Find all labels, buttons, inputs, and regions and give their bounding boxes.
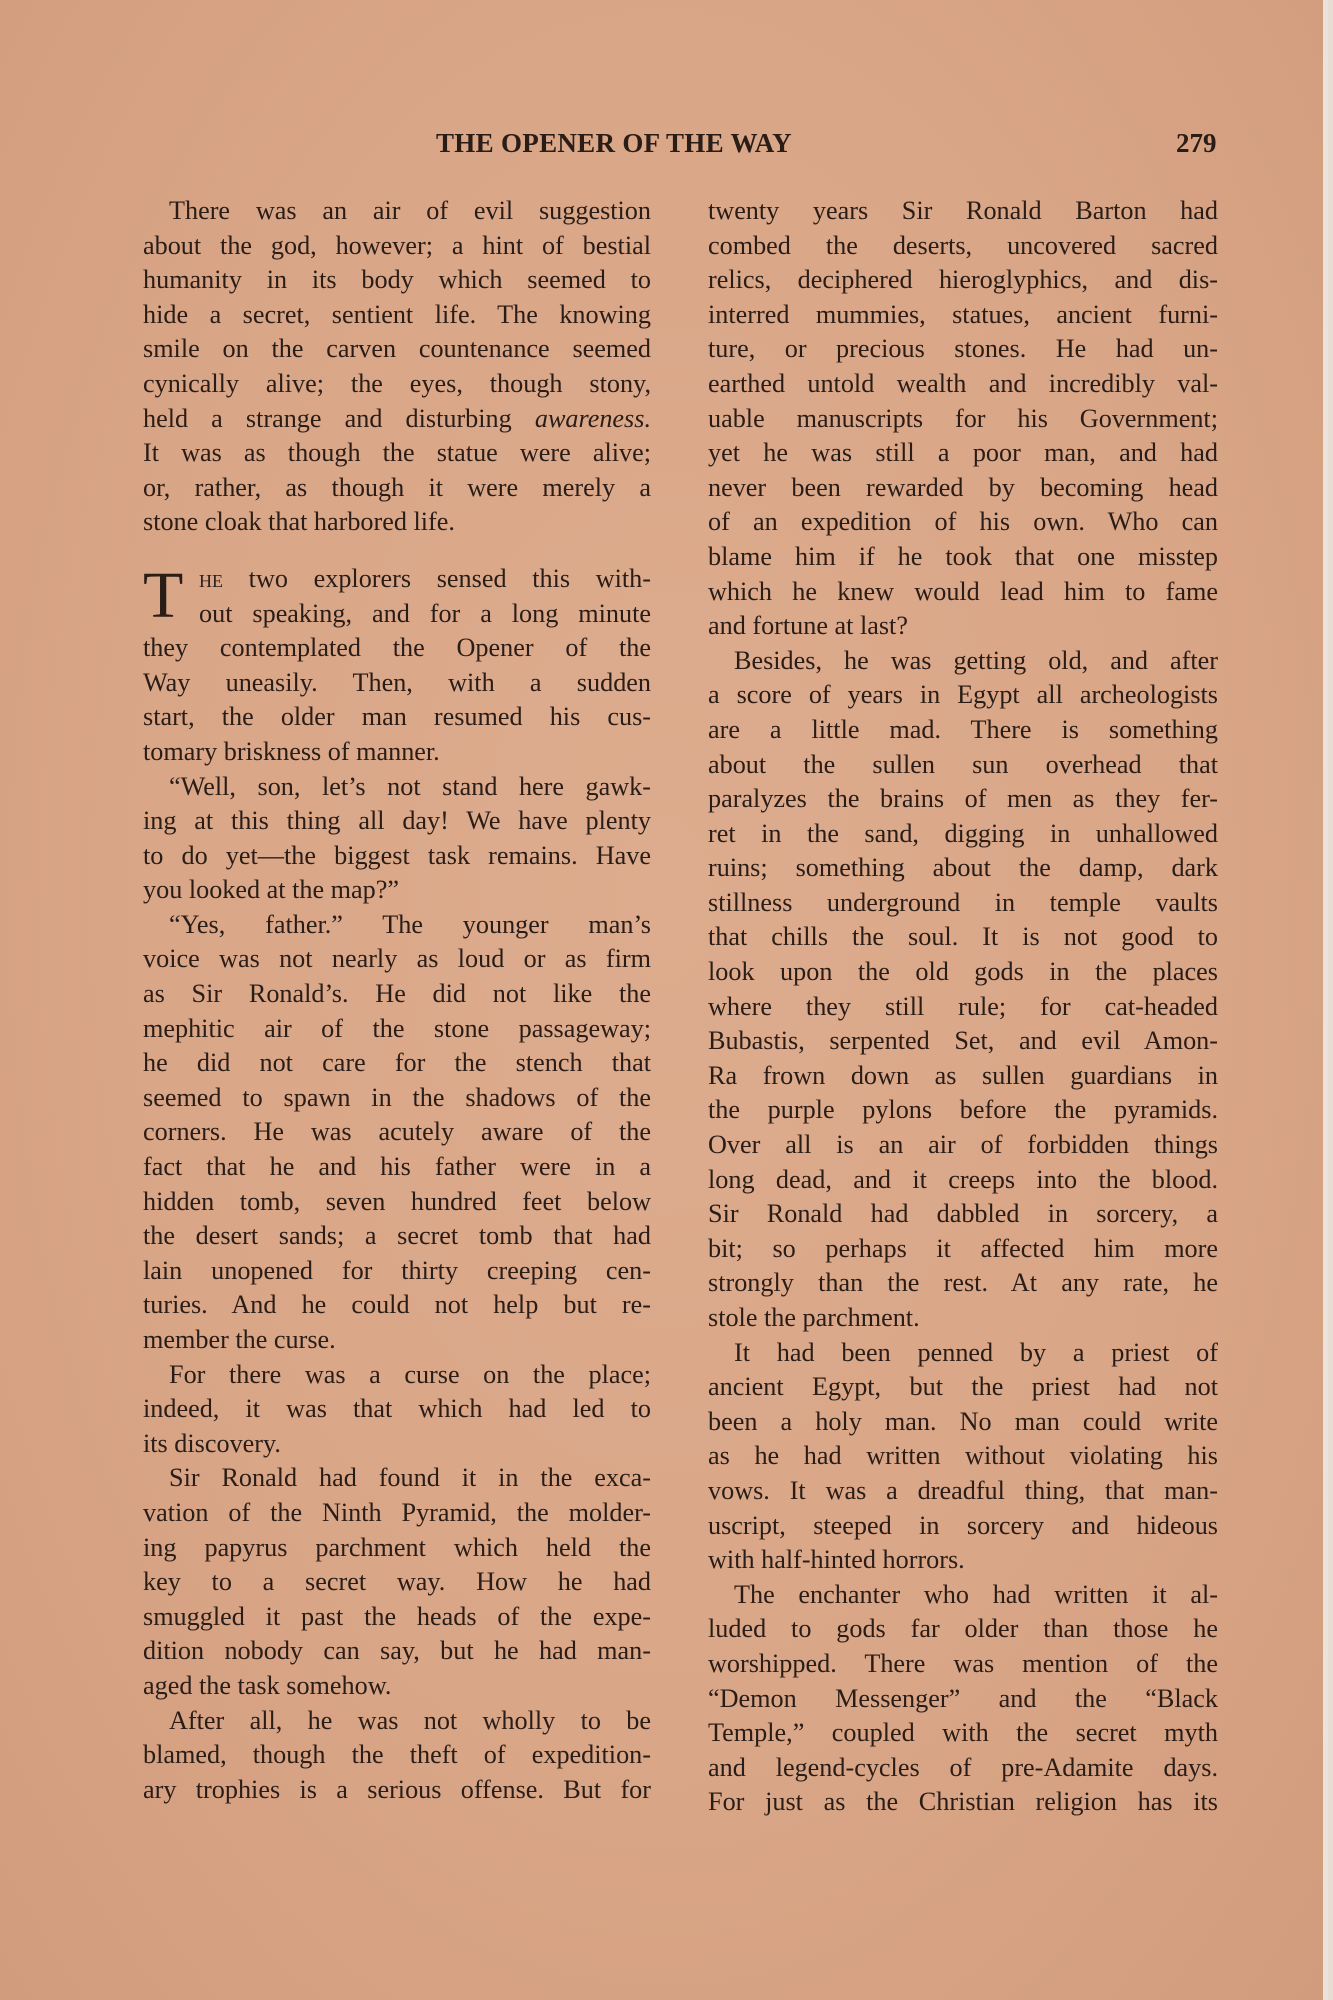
paragraph: After all, he was not wholly to be blame… (143, 1704, 651, 1808)
paragraph: Besides, he was getting old, and after a… (708, 644, 1218, 1336)
text-line: It had been penned by a priest of (708, 1336, 1218, 1371)
text-line: Way uneasily. Then, with a sudden (143, 666, 651, 701)
text-line: uscript, steeped in sorcery and hideous (708, 1509, 1218, 1544)
text-line: After all, he was not wholly to be (143, 1704, 651, 1739)
text-line: indeed, it was that which had led to (143, 1392, 651, 1427)
text-line: held a strange and disturbing awareness. (143, 402, 651, 437)
text-line: Sir Ronald had dabbled in sorcery, a (708, 1197, 1218, 1232)
paragraph: “Yes, father.” The younger man’s voice w… (143, 908, 651, 1358)
small-caps-word: he (199, 564, 223, 593)
running-head-title: THE OPENER OF THE WAY (436, 128, 792, 159)
text-line: turies. And he could not help but re- (143, 1288, 651, 1323)
paragraph: The two explorers sensed this with- out … (143, 562, 651, 770)
text-line: dition nobody can say, but he had man- (143, 1634, 651, 1669)
page-edge (1323, 0, 1328, 2000)
paragraph: “Well, son, let’s not stand here gawk- i… (143, 770, 651, 908)
text-line: its discovery. (143, 1427, 651, 1462)
text-line: never been rewarded by becoming head (708, 471, 1218, 506)
text-line: twenty years Sir Ronald Barton had (708, 194, 1218, 229)
text-line: about the god, however; a hint of bestia… (143, 229, 651, 264)
text-line: been a holy man. No man could write (708, 1405, 1218, 1440)
text-line: ruins; something about the damp, dark (708, 851, 1218, 886)
section-break (143, 540, 651, 562)
text-line: “Yes, father.” The younger man’s (143, 908, 651, 943)
text-line: hidden tomb, seven hundred feet below (143, 1185, 651, 1220)
text-line: long dead, and it creeps into the blood. (708, 1163, 1218, 1198)
right-column: twenty years Sir Ronald Barton had combe… (708, 194, 1218, 1820)
text-line: voice was not nearly as loud or as firm (143, 942, 651, 977)
text-line: stone cloak that harbored life. (143, 505, 651, 540)
text-line: as Sir Ronald’s. He did not like the (143, 977, 651, 1012)
text-line: he did not care for the stench that (143, 1046, 651, 1081)
text-line: and legend-cycles of pre-Adamite days. (708, 1751, 1218, 1786)
paragraph: Sir Ronald had found it in the exca- vat… (143, 1461, 651, 1703)
text-line: where they still rule; for cat-headed (708, 990, 1218, 1025)
text-line: stillness underground in temple vaults (708, 886, 1218, 921)
text-line: that chills the soul. It is not good to (708, 920, 1218, 955)
text-line: aged the task somehow. (143, 1669, 651, 1704)
text-line: mephitic air of the stone passageway; (143, 1012, 651, 1047)
text-line: bit; so perhaps it affected him more (708, 1232, 1218, 1267)
text-line: tomary briskness of manner. (143, 735, 651, 770)
text-line: blamed, though the theft of expedition- (143, 1738, 651, 1773)
text-line: fact that he and his father were in a (143, 1150, 651, 1185)
text-line: which he knew would lead him to fame (708, 575, 1218, 610)
text-line: member the curse. (143, 1323, 651, 1358)
text-line: ture, or precious stones. He had un- (708, 332, 1218, 367)
left-column: There was an air of evil suggestion abou… (143, 194, 651, 1807)
text-line: Besides, he was getting old, and after (708, 644, 1218, 679)
paragraph: The enchanter who had written it al- lud… (708, 1578, 1218, 1820)
text-line: the purple pylons before the pyramids. (708, 1093, 1218, 1128)
text-line: Ra frown down as sullen guardians in (708, 1059, 1218, 1094)
text-line: relics, deciphered hieroglyphics, and di… (708, 263, 1218, 298)
text-line: “Well, son, let’s not stand here gawk- (143, 770, 651, 805)
text-line: vows. It was a dreadful thing, that man- (708, 1474, 1218, 1509)
paragraph: twenty years Sir Ronald Barton had combe… (708, 194, 1218, 644)
text-line: look upon the old gods in the places (708, 955, 1218, 990)
text-line: you looked at the map?” (143, 873, 651, 908)
text-line: key to a secret way. How he had (143, 1565, 651, 1600)
text-line: The enchanter who had written it al- (708, 1578, 1218, 1613)
text-line: a score of years in Egypt all archeologi… (708, 678, 1218, 713)
text-line: they contemplated the Opener of the (143, 631, 651, 666)
paragraph: For there was a curse on the place; inde… (143, 1358, 651, 1462)
text-line: smile on the carven countenance seemed (143, 332, 651, 367)
text-line: humanity in its body which seemed to (143, 263, 651, 298)
text-line: out speaking, and for a long minute (143, 597, 651, 632)
text-line: ary trophies is a serious offense. But f… (143, 1773, 651, 1808)
text-line: Sir Ronald had found it in the exca- (143, 1461, 651, 1496)
text-line: strongly than the rest. At any rate, he (708, 1266, 1218, 1301)
text-line: Temple,” coupled with the secret myth (708, 1716, 1218, 1751)
text-line: the desert sands; a secret tomb that had (143, 1219, 651, 1254)
text-line: uable manuscripts for his Government; (708, 402, 1218, 437)
text-line: ing papyrus parchment which held the (143, 1531, 651, 1566)
text-line: There was an air of evil suggestion (143, 194, 651, 229)
text-line: yet he was still a poor man, and had (708, 436, 1218, 471)
text-line: For there was a curse on the place; (143, 1358, 651, 1393)
paragraph: There was an air of evil suggestion abou… (143, 194, 651, 540)
text-line: The two explorers sensed this with- (143, 562, 651, 597)
book-page: THE OPENER OF THE WAY 279 There was an a… (0, 0, 1328, 2000)
text-line: smuggled it past the heads of the expe- (143, 1600, 651, 1635)
text-line: interred mummies, statues, ancient furni… (708, 298, 1218, 333)
text-line: cynically alive; the eyes, though stony, (143, 367, 651, 402)
text-line: worshipped. There was mention of the (708, 1647, 1218, 1682)
text-line: lain unopened for thirty creeping cen- (143, 1254, 651, 1289)
text-line: combed the deserts, uncovered sacred (708, 229, 1218, 264)
text-line: about the sullen sun overhead that (708, 748, 1218, 783)
text-line: ancient Egypt, but the priest had not (708, 1370, 1218, 1405)
text-line: vation of the Ninth Pyramid, the molder- (143, 1496, 651, 1531)
text-line: luded to gods far older than those he (708, 1612, 1218, 1647)
text-line: paralyzes the brains of men as they fer- (708, 782, 1218, 817)
text-line: For just as the Christian religion has i… (708, 1785, 1218, 1820)
paragraph: It had been penned by a priest of ancien… (708, 1336, 1218, 1578)
page-number: 279 (1176, 128, 1217, 159)
text-line: It was as though the statue were alive; (143, 436, 651, 471)
text-line: ret in the sand, digging in unhallowed (708, 817, 1218, 852)
text-line: hide a secret, sentient life. The knowin… (143, 298, 651, 333)
text-line: start, the older man resumed his cus- (143, 700, 651, 735)
text-line: and fortune at last? (708, 609, 1218, 644)
text-line: are a little mad. There is something (708, 713, 1218, 748)
text-line: with half-hinted horrors. (708, 1543, 1218, 1578)
text-line: seemed to spawn in the shadows of the (143, 1081, 651, 1116)
text-fragment: two explorers sensed this with- (223, 564, 651, 593)
text-line: Over all is an air of forbidden things (708, 1128, 1218, 1163)
text-line: Bubastis, serpented Set, and evil Amon- (708, 1024, 1218, 1059)
text-line: earthed untold wealth and incredibly val… (708, 367, 1218, 402)
text-line: “Demon Messenger” and the “Black (708, 1682, 1218, 1717)
text-line: or, rather, as though it were merely a (143, 471, 651, 506)
text-line: stole the parchment. (708, 1301, 1218, 1336)
text-fragment: held a strange and disturbing (143, 404, 535, 433)
text-line: blame him if he took that one misstep (708, 540, 1218, 575)
text-line: as he had written without violating his (708, 1439, 1218, 1474)
text-line: ing at this thing all day! We have plent… (143, 804, 651, 839)
italic-word: awareness. (535, 404, 651, 433)
text-line: to do yet—the biggest task remains. Have (143, 839, 651, 874)
text-line: corners. He was acutely aware of the (143, 1115, 651, 1150)
text-line: of an expedition of his own. Who can (708, 505, 1218, 540)
